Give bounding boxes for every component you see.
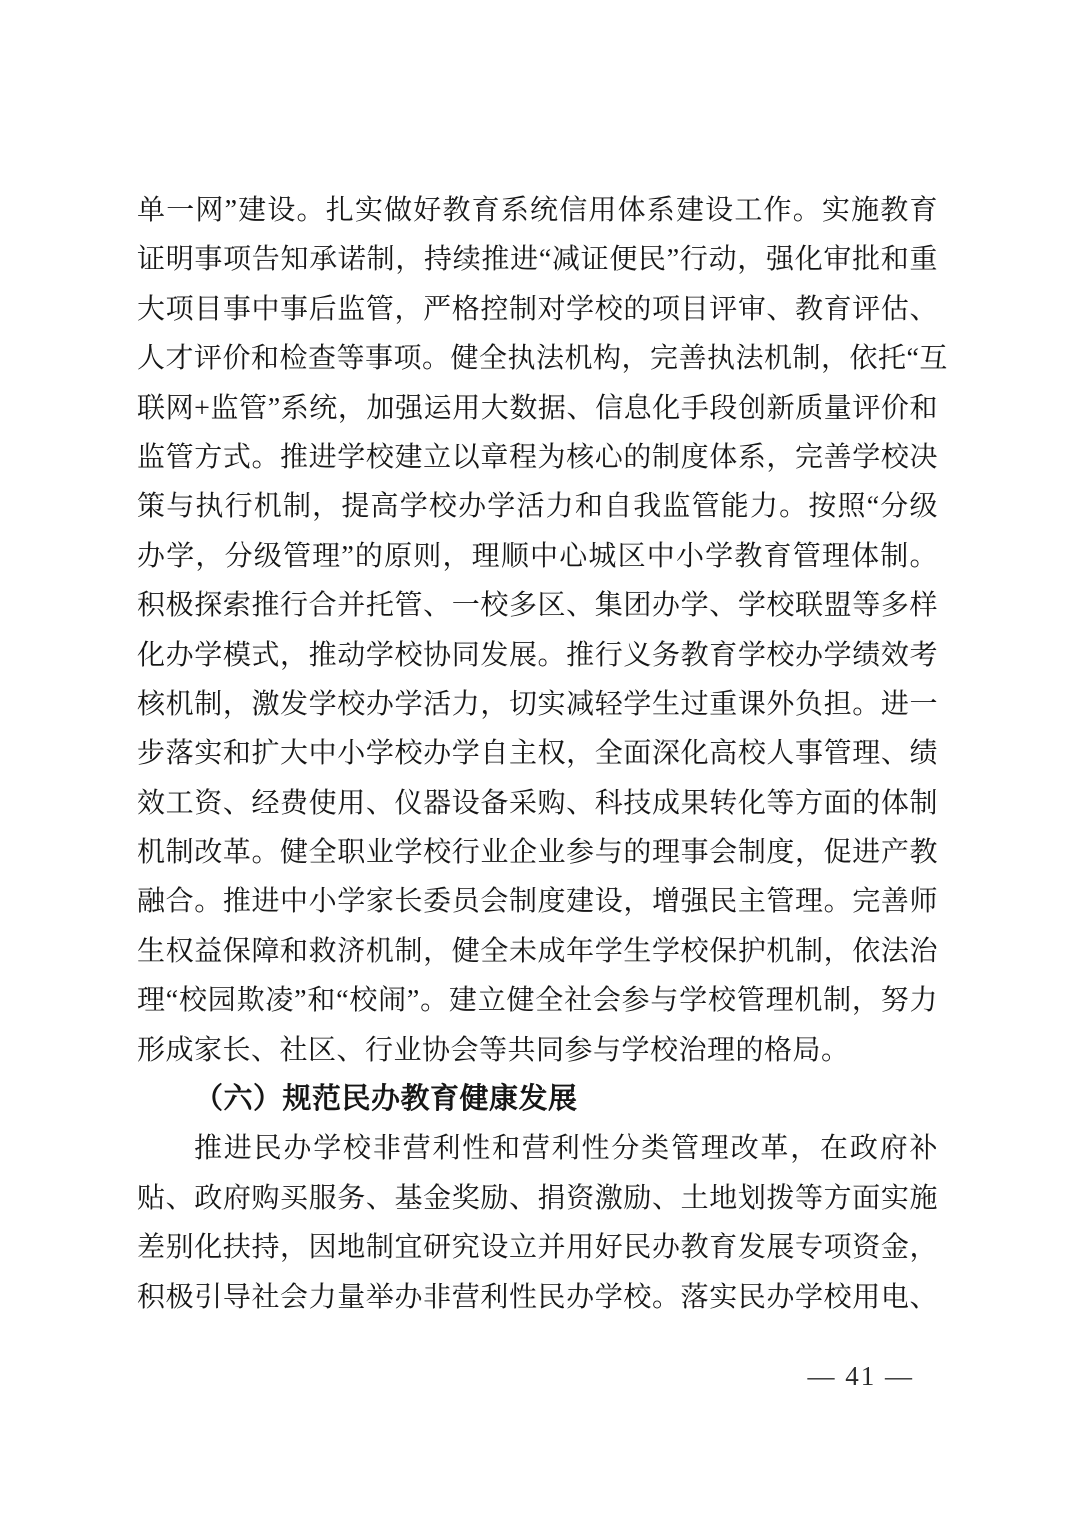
body-line: 贴、政府购买服务、基金奖励、捐资激励、土地划拨等方面实施	[137, 1174, 938, 1223]
body-line-paragraph-end: 形成家长、社区、行业协会等共同参与学校治理的格局。	[137, 1026, 938, 1075]
body-line: 效工资、经费使用、仪器设备采购、科技成果转化等方面的体制	[137, 779, 938, 828]
body-line: 理“校园欺凌”和“校闹”。建立健全社会参与学校管理机制，努力	[137, 976, 938, 1025]
body-line: 证明事项告知承诺制，持续推进“减证便民”行动，强化审批和重	[137, 235, 938, 284]
section-heading: （六）规范民办教育健康发展	[137, 1075, 938, 1124]
body-line: 积极探索推行合并托管、一校多区、集团办学、学校联盟等多样	[137, 581, 938, 630]
body-line: 步落实和扩大中小学校办学自主权，全面深化高校人事管理、绩	[137, 729, 938, 778]
body-line: 机制改革。健全职业学校行业企业参与的理事会制度，促进产教	[137, 828, 938, 877]
body-line: 差别化扶持，因地制宜研究设立并用好民办教育发展专项资金，	[137, 1223, 938, 1272]
body-line: 办学，分级管理”的原则，理顺中心城区中小学教育管理体制。	[137, 532, 938, 581]
body-line: 化办学模式，推动学校协同发展。推行义务教育学校办学绩效考	[137, 631, 938, 680]
document-page: 单一网”建设。扎实做好教育系统信用体系建设工作。实施教育 证明事项告知承诺制，持…	[0, 0, 1074, 1520]
body-line: 人才评价和检查等事项。健全执法机构，完善执法机制，依托“互	[137, 334, 938, 383]
body-line: 策与执行机制，提高学校办学活力和自我监管能力。按照“分级	[137, 482, 938, 531]
body-line: 融合。推进中小学家长委员会制度建设，增强民主管理。完善师	[137, 877, 938, 926]
body-line: 积极引导社会力量举办非营利性民办学校。落实民办学校用电、	[137, 1273, 938, 1322]
text-block: 单一网”建设。扎实做好教育系统信用体系建设工作。实施教育 证明事项告知承诺制，持…	[137, 186, 938, 1322]
body-line: 核机制，激发学校办学活力，切实减轻学生过重课外负担。进一	[137, 680, 938, 729]
body-line: 大项目事中事后监管，严格控制对学校的项目评审、教育评估、	[137, 285, 938, 334]
body-line-paragraph-start: 推进民办学校非营利性和营利性分类管理改革，在政府补	[137, 1124, 938, 1173]
body-line: 监管方式。推进学校建立以章程为核心的制度体系，完善学校决	[137, 433, 938, 482]
body-line: 单一网”建设。扎实做好教育系统信用体系建设工作。实施教育	[137, 186, 938, 235]
body-line: 生权益保障和救济机制，健全未成年学生学校保护机制，依法治	[137, 927, 938, 976]
body-line: 联网+监管”系统，加强运用大数据、信息化手段创新质量评价和	[137, 384, 938, 433]
page-number: — 41 —	[808, 1356, 915, 1396]
